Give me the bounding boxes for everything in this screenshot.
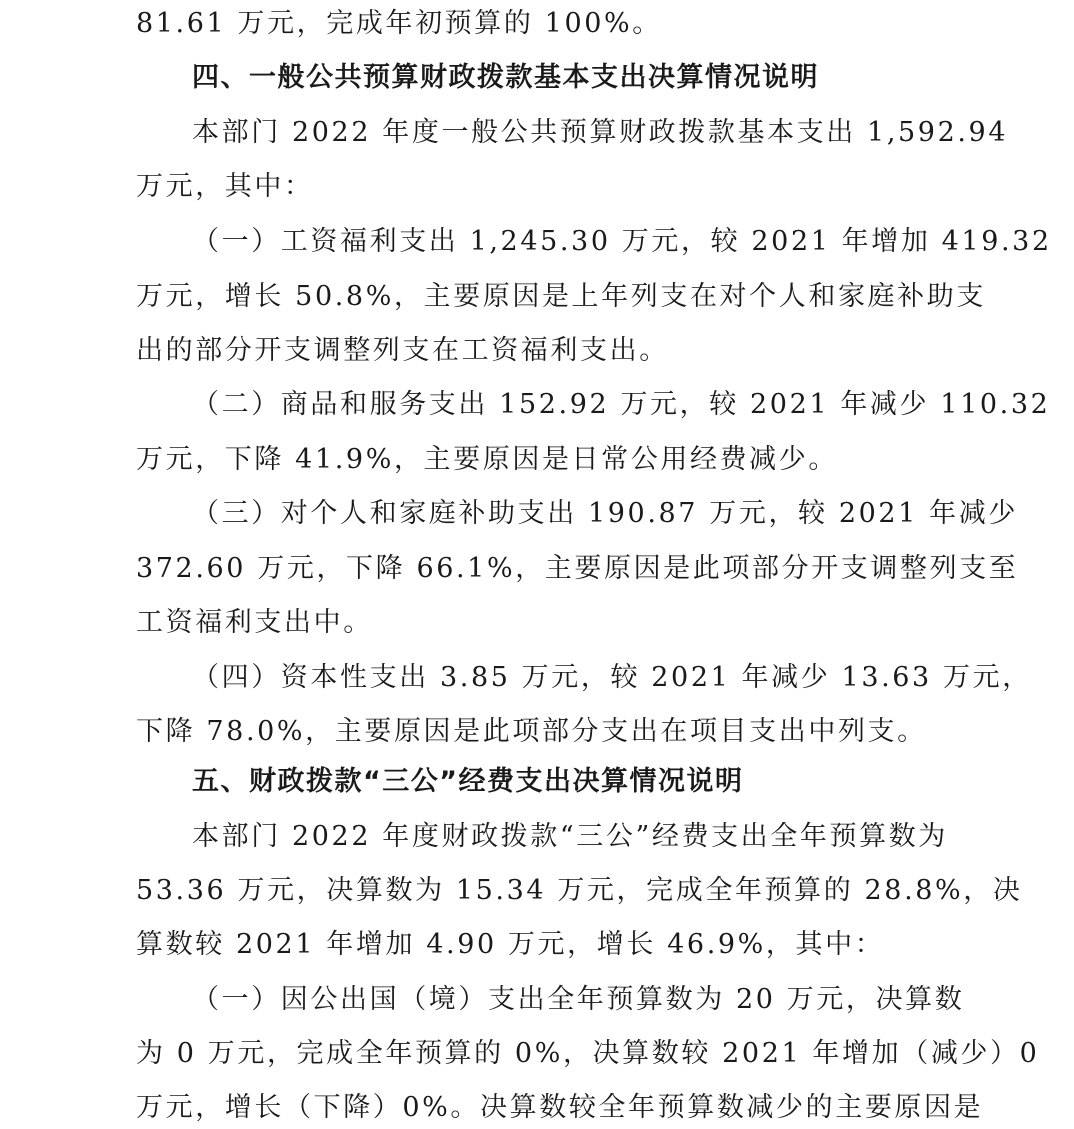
paragraph-line: 本部门 2022 年度财政拨款“三公”经费支出全年预算数为: [192, 817, 948, 857]
paragraph-line: 本部门 2022 年度一般公共预算财政拨款基本支出 1,592.94: [192, 113, 1008, 153]
paragraph-line: 53.36 万元，决算数为 15.34 万元，完成全年预算的 28.8%，决: [136, 871, 1023, 911]
paragraph-line: 下降 78.0%，主要原因是此项部分支出在项目支出中列支。: [136, 712, 927, 752]
paragraph-line: 工资福利支出中。: [136, 603, 373, 643]
paragraph-line: （一）工资福利支出 1,245.30 万元，较 2021 年增加 419.32: [192, 222, 1052, 262]
paragraph-line: 出的部分开支调整列支在工资福利支出。: [136, 331, 669, 371]
section-heading: 五、财政拨款“三公”经费支出决算情况说明: [192, 762, 744, 802]
paragraph-line: 万元，下降 41.9%，主要原因是日常公用经费减少。: [136, 440, 838, 480]
paragraph-line: （二）商品和服务支出 152.92 万元，较 2021 年减少 110.32: [192, 385, 1050, 425]
paragraph-line: 算数较 2021 年增加 4.90 万元，增长 46.9%，其中：: [136, 925, 884, 965]
paragraph-line: 为 0 万元，完成全年预算的 0%，决算数较 2021 年增加（减少）0: [136, 1034, 1039, 1074]
paragraph-line: （一）因公出国（境）支出全年预算数为 20 万元，决算数: [192, 980, 964, 1020]
paragraph-line: 81.61 万元，完成年初预算的 100%。: [136, 4, 662, 44]
section-heading: 四、一般公共预算财政拨款基本支出决算情况说明: [192, 58, 819, 98]
paragraph-line: （四）资本性支出 3.85 万元，较 2021 年减少 13.63 万元，: [192, 658, 1032, 698]
paragraph-line: 万元，增长 50.8%，主要原因是上年列支在对个人和家庭补助支: [136, 277, 986, 317]
paragraph-line: （三）对个人和家庭补助支出 190.87 万元，较 2021 年减少: [192, 494, 1018, 534]
paragraph-line: 万元，增长（下降）0%。决算数较全年预算数减少的主要原因是: [136, 1088, 983, 1128]
paragraph-line: 372.60 万元，下降 66.1%，主要原因是此项部分开支调整列支至: [136, 549, 1018, 589]
paragraph-line: 万元，其中：: [136, 167, 314, 207]
